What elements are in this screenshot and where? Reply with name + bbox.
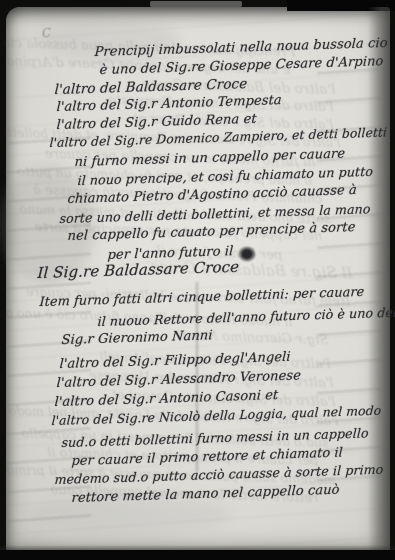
manuscript-photo: Prencipij imbussolati nella noua bussola… bbox=[0, 0, 395, 560]
photo-edge-bottom bbox=[0, 550, 395, 560]
paper-page bbox=[6, 7, 390, 551]
